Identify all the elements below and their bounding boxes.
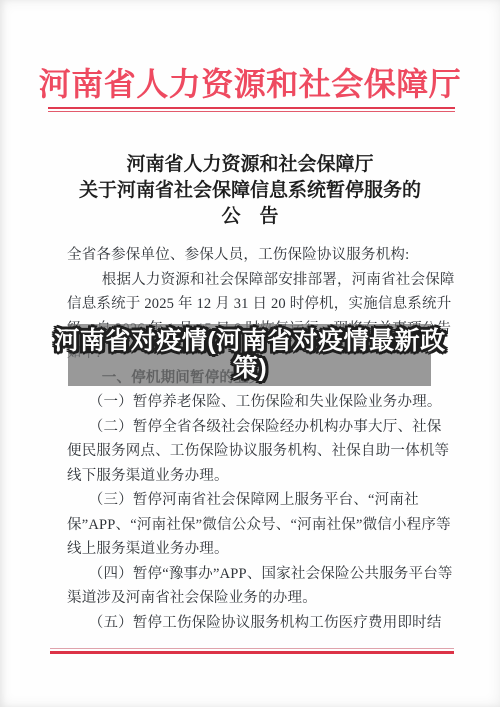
body-line: 渠道涉及河南省社会保险业务的办理。 [67,586,437,611]
letterhead-divider [48,107,455,112]
letterhead-divider-bottom-line [48,111,455,112]
body-line: 线上服务渠道业务办理。 [67,537,437,562]
body-line: （五）暂停工伤保险协议服务机构工伤医疗费用即时结 [67,611,437,636]
body-line: 信息系统于 2025 年 12 月 31 日 20 时停机，实施信息系统升 [67,292,437,317]
body-line: （二）暂停全省各级社会保险经办机构办事大厅、社保 [67,415,437,440]
document-body: 全省各参保单位、参保人员，工伤保险协议服务机构: 根据人力资源和社会保障部安排部… [67,243,437,635]
body-line: 全省各参保单位、参保人员，工伤保险协议服务机构: [67,243,437,268]
scanned-document-page: 河南省人力资源和社会保障厅 河南省人力资源和社会保障厅 关于河南省社会保障信息系… [0,0,500,707]
body-line: 根据人力资源和社会保障部安排部署，河南省社会保障 [67,268,437,293]
watermark-text: 河南省对疫情(河南省对疫情最新政 策) [50,328,450,382]
body-line: 线下服务渠道业务办理。 [67,464,437,489]
body-line: 保”APP、“河南社保”微信公众号、“河南社保”微信小程序等 [67,513,437,538]
body-line: 便民服务网点、工伤保险协议服务机构、社保自助一体机等 [67,439,437,464]
body-line: （四）暂停“豫事办”APP、国家社会保险公共服务平台等 [67,562,437,587]
body-line: （一）暂停养老保险、工伤保险和失业保险业务办理。 [67,390,437,415]
footer-divider-bottom-line [50,651,454,654]
document-title-line-2: 关于河南省社会保障信息系统暂停服务的 [0,178,500,204]
document-title-line-3: 公 告 [0,204,500,230]
footer-divider [50,648,454,654]
letterhead-agency-name: 河南省人力资源和社会保障厅 [0,64,500,104]
document-title-line-1: 河南省人力资源和社会保障厅 [0,152,500,178]
watermark-text-line-1: 河南省对疫情(河南省对疫情最新政 [50,328,450,355]
watermark-text-line-2: 策) [50,355,450,382]
document-title: 河南省人力资源和社会保障厅 关于河南省社会保障信息系统暂停服务的 公 告 [0,152,500,230]
body-line: （三）暂停河南省社会保障网上服务平台、“河南社 [67,488,437,513]
